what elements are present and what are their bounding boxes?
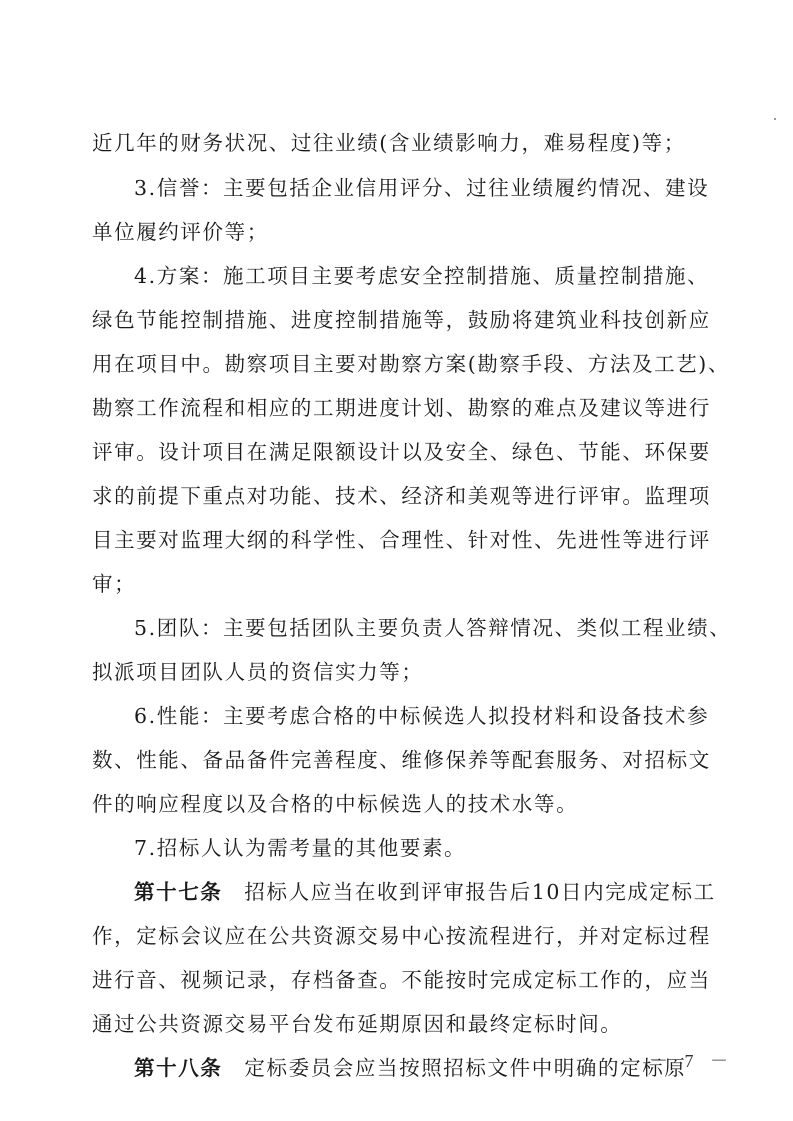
article-17-text: 招标人应当在收到评审报告后10日内完成定标工	[244, 880, 715, 904]
article-18-text: 定标委员会应当按照招标文件中明确的定标原	[244, 1056, 686, 1080]
scan-speck	[774, 118, 776, 120]
text-line: 求的前提下重点对功能、技术、经济和美观等进行评审。监理项	[92, 482, 702, 510]
text-line: 审；	[92, 570, 702, 598]
text-line: 件的响应程度以及合格的中标候选人的技术水等。	[92, 790, 702, 818]
text-line: 目主要对监理大纲的科学性、合理性、针对性、先进性等进行评	[92, 526, 702, 554]
text-line: 作，定标会议应在公共资源交易中心按流程进行，并对定标过程	[92, 922, 702, 950]
text-line: 拟派项目团队人员的资信实力等；	[92, 658, 702, 686]
text-line: 评审。设计项目在满足限额设计以及安全、绿色、节能、环保要	[92, 438, 702, 466]
article-18-heading: 第十八条	[134, 1056, 222, 1080]
text-line: 进行音、视频记录，存档备查。不能按时完成定标工作的，应当	[92, 966, 702, 994]
document-page: 近几年的财务状况、过往业绩(含业绩影响力，难易程度)等； 3.信誉：主要包括企业…	[0, 0, 793, 1121]
item-7-other: 7.招标人认为需考量的其他要素。	[134, 834, 702, 862]
text-line: 单位履约评价等；	[92, 218, 702, 246]
item-4-plan: 4.方案：施工项目主要考虑安全控制措施、质量控制措施、	[134, 262, 702, 290]
text-line: 勘察工作流程和相应的工期进度计划、勘察的难点及建议等进行	[92, 394, 702, 422]
text-line: 近几年的财务状况、过往业绩(含业绩影响力，难易程度)等；	[92, 129, 702, 157]
article-17-heading: 第十七条	[134, 880, 222, 904]
text-line: 通过公共资源交易平台发布延期原因和最终定标时间。	[92, 1010, 702, 1038]
text-line: 用在项目中。勘察项目主要对勘察方案(勘察手段、方法及工艺)、	[92, 350, 702, 378]
article-17: 第十七条招标人应当在收到评审报告后10日内完成定标工	[134, 878, 702, 906]
item-3-credit: 3.信誉：主要包括企业信用评分、过往业绩履约情况、建设	[134, 174, 702, 202]
item-6-performance: 6.性能：主要考虑合格的中标候选人拟投材料和设备技术参	[134, 702, 702, 730]
text-line: 绿色节能控制措施、进度控制措施等，鼓励将建筑业科技创新应	[92, 306, 702, 334]
text-line: 数、性能、备品备件完善程度、维修保养等配套服务、对招标文	[92, 746, 702, 774]
article-18: 第十八条定标委员会应当按照招标文件中明确的定标原	[134, 1054, 702, 1082]
page-number: － 7 －	[650, 1047, 734, 1073]
item-5-team: 5.团队：主要包括团队主要负责人答辩情况、类似工程业绩、	[134, 614, 702, 642]
